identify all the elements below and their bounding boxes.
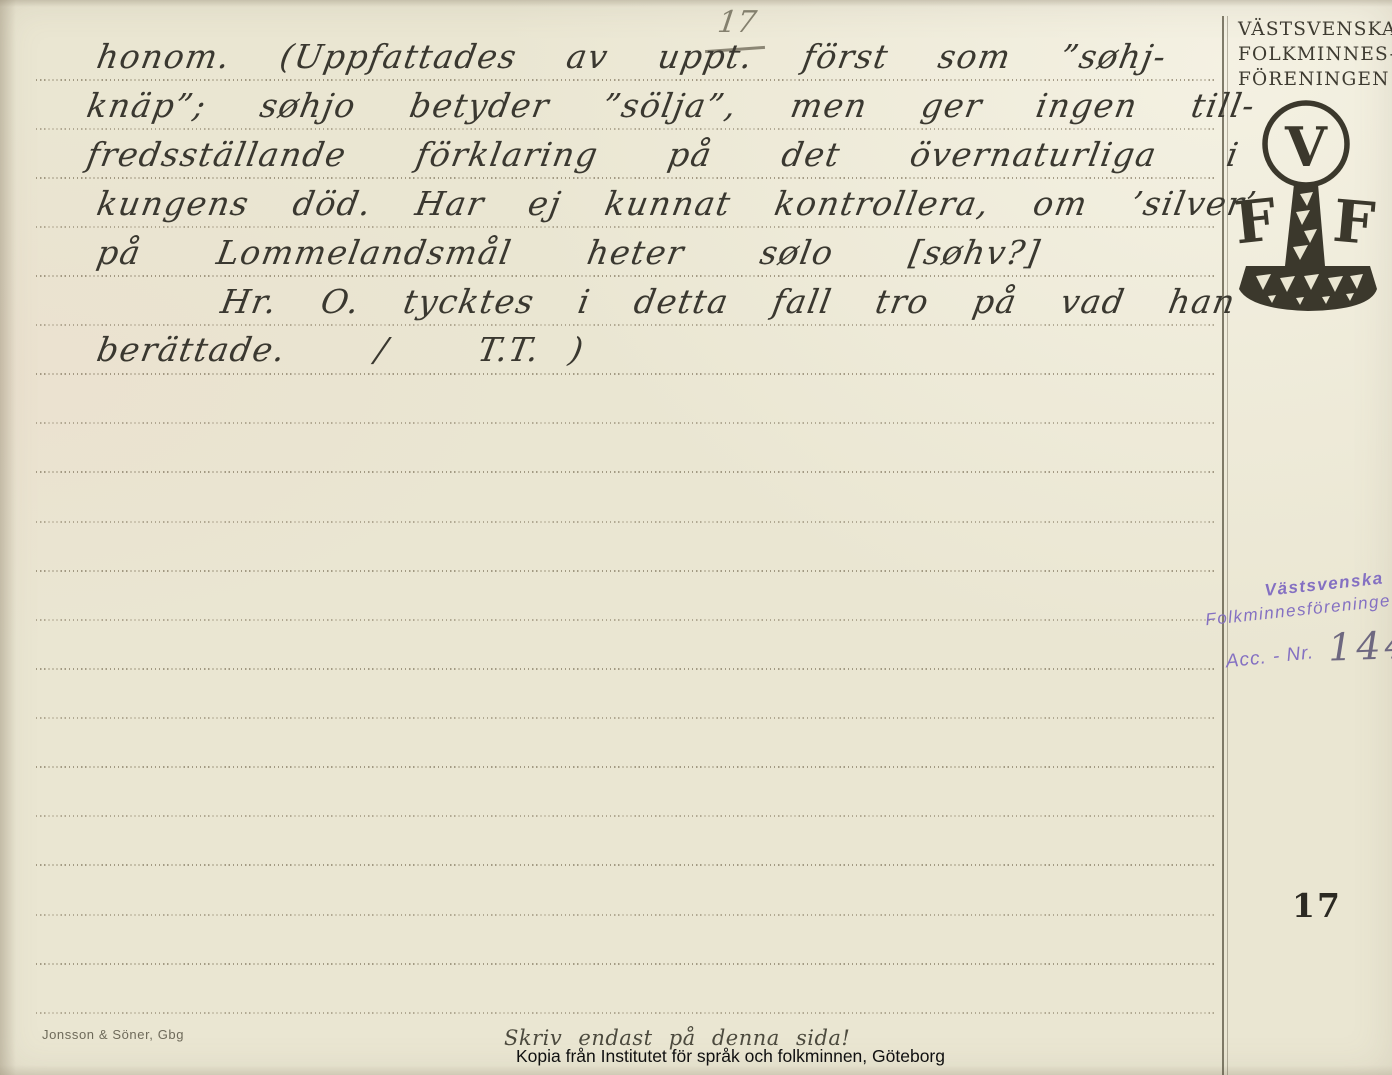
- dotted-rule-line: [36, 766, 1216, 768]
- organization-name: VÄSTSVENSKA FOLKMINNES- FÖRENINGEN: [1238, 17, 1390, 92]
- vertical-margin-rule: [1222, 16, 1224, 1075]
- dotted-rule-line: [36, 914, 1216, 916]
- dotted-rule-line: [36, 864, 1216, 866]
- vertical-margin-rule-secondary: [1227, 16, 1228, 1075]
- handwritten-line-5: på Lommelandsmål heter sølo [søhv?]: [94, 233, 1044, 272]
- handwritten-line-7: berättade. / T.T. ): [94, 330, 588, 369]
- handwritten-line-4: kungens död. Har ej kunnat kontrollera, …: [94, 184, 1260, 223]
- dotted-rule-line: [36, 226, 1216, 228]
- handwritten-line-3: fredsställande förklaring på det övernat…: [84, 135, 1242, 174]
- dotted-rule-line: [36, 570, 1216, 572]
- accession-stamp: Västsvenska Folkminnesföreninge Acc. - N…: [1216, 565, 1392, 676]
- org-line-2: FOLKMINNES-: [1238, 42, 1390, 67]
- logo-ring-letter: V: [1284, 115, 1328, 179]
- scanned-document-page: VÄSTSVENSKA FOLKMINNES- FÖRENINGEN V: [0, 0, 1392, 1075]
- org-line-1: VÄSTSVENSKA: [1238, 17, 1390, 42]
- dotted-rule-line: [36, 275, 1216, 277]
- dotted-rule-line: [36, 521, 1216, 523]
- dotted-rule-line: [36, 373, 1216, 375]
- dotted-rule-line: [36, 717, 1216, 719]
- dotted-rule-line: [36, 79, 1216, 81]
- logo-right-letter: F: [1330, 187, 1377, 258]
- dotted-rule-line: [36, 177, 1216, 179]
- stamp-acc-number: 1447: [1327, 622, 1392, 670]
- handwritten-line-6: Hr. O. tycktes i detta fall tro på vad h…: [218, 282, 1239, 321]
- dotted-rule-line: [36, 471, 1216, 473]
- stamp-acc-label: Acc. - Nr.: [1225, 642, 1315, 672]
- dotted-rule-line: [36, 324, 1216, 326]
- dotted-rule-line: [36, 963, 1216, 965]
- dotted-rule-line: [36, 128, 1216, 130]
- dotted-rule-line: [36, 668, 1216, 670]
- pencil-page-number: 17: [716, 5, 759, 40]
- dotted-rule-line: [36, 619, 1216, 621]
- dotted-rule-line: [36, 815, 1216, 817]
- dotted-rule-line: [36, 1012, 1216, 1014]
- org-line-3: FÖRENINGEN: [1238, 67, 1390, 92]
- dotted-rule-line: [36, 422, 1216, 424]
- handwritten-line-2: knäp”; søhjo betyder ”sölja”, men ger in…: [84, 86, 1259, 125]
- printed-page-number: 17: [1292, 886, 1342, 925]
- printer-imprint: Jonsson & Söner, Gbg: [42, 1027, 184, 1042]
- archive-copy-note: Kopia från Institutet för språk och folk…: [516, 1046, 945, 1067]
- handwritten-line-1: honom. (Uppfattades av uppt. först som ”…: [94, 37, 1170, 76]
